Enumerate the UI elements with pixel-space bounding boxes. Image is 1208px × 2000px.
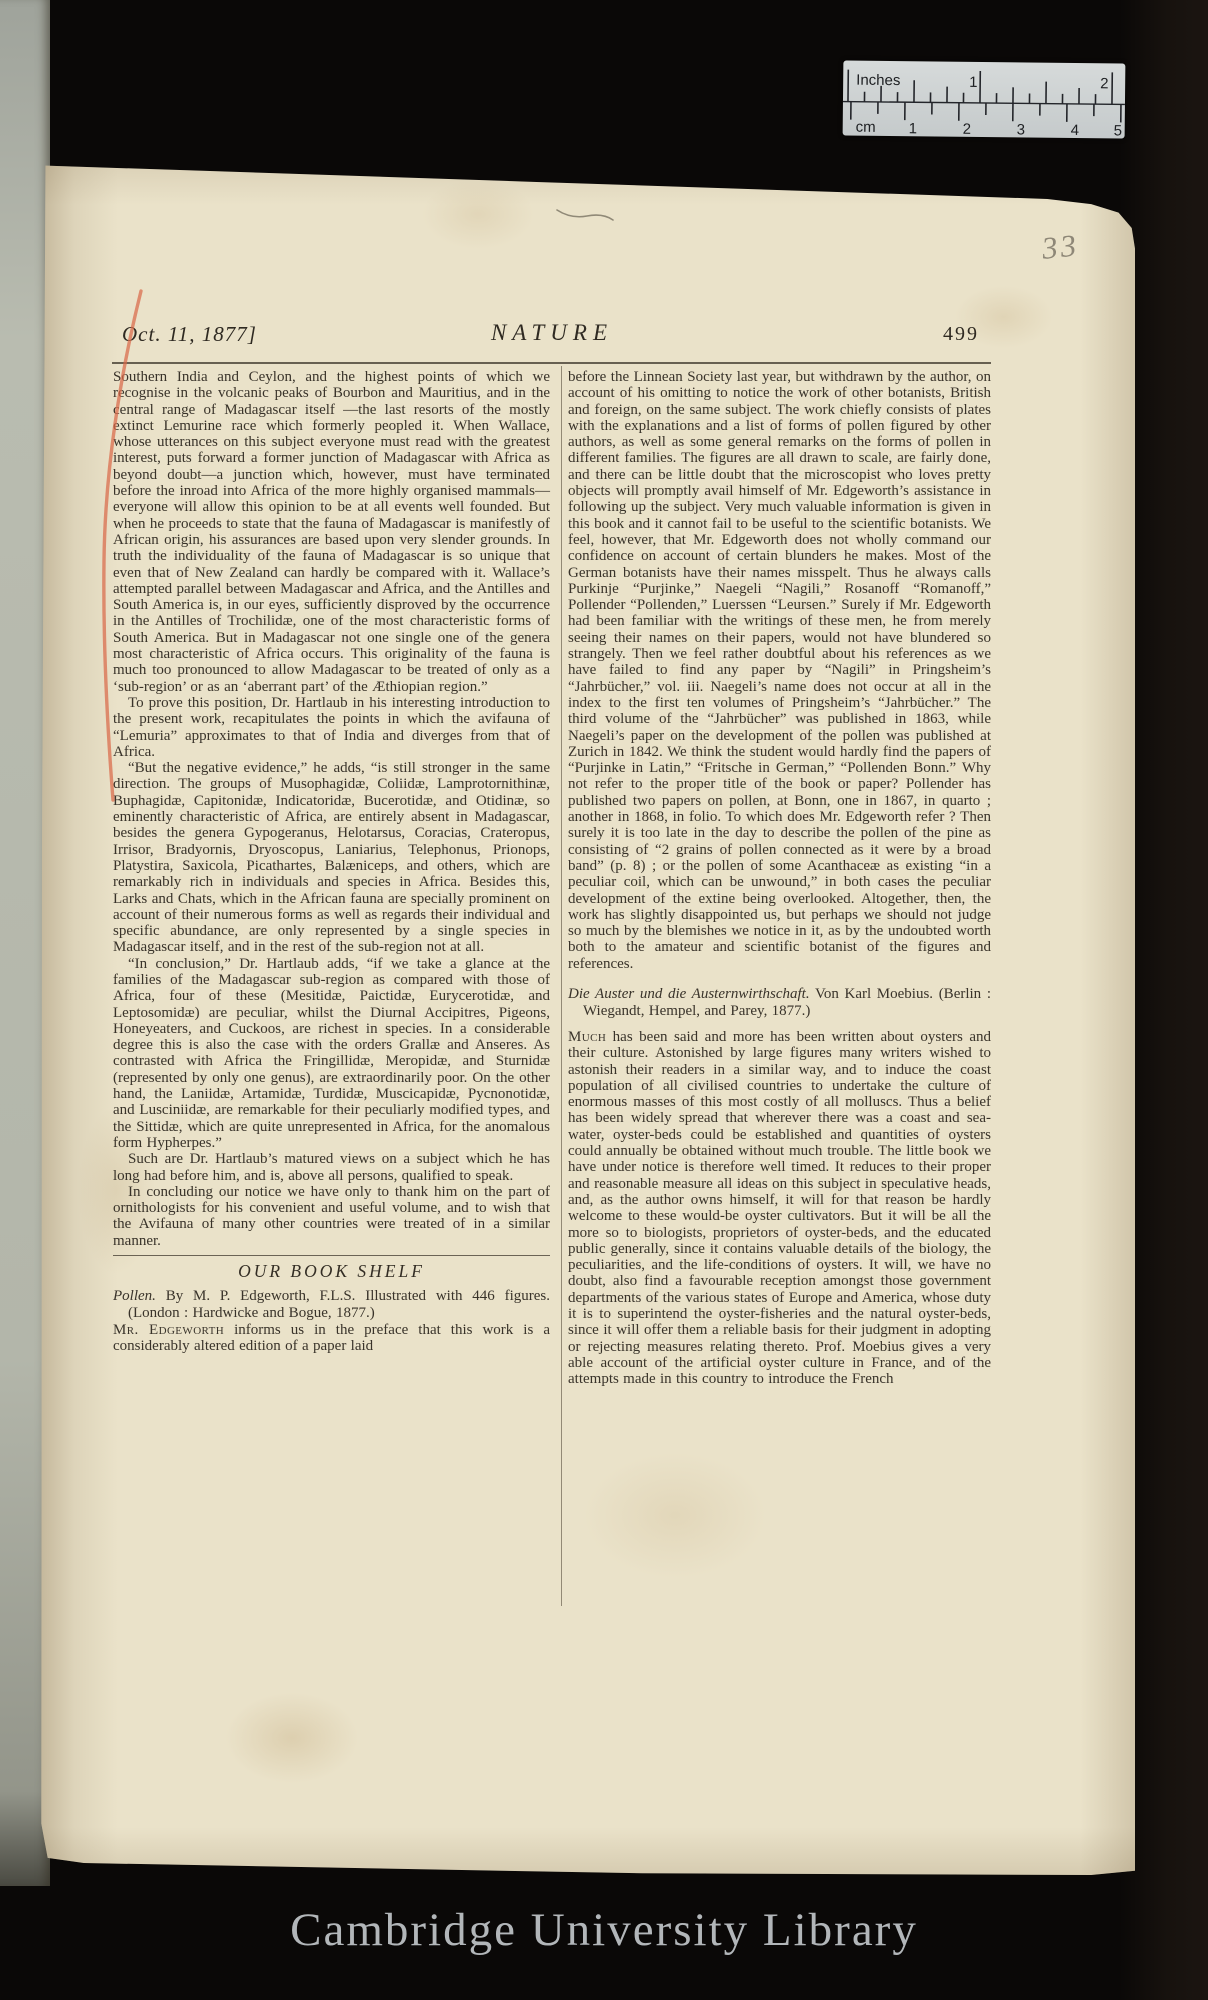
measuring-ruler: Inches 1 2 cm 1 2 3 4 5 — [843, 61, 1126, 139]
article-paragraph: “In conclusion,” Dr. Hartlaub adds, “if … — [113, 956, 550, 1152]
book-details: By M. P. Edgeworth, F.L.S. Illustrated w… — [128, 1288, 550, 1321]
article-paragraph: “But the negative evidence,” he adds, “i… — [113, 760, 550, 956]
review-paragraph: before the Linnean Society last year, bu… — [568, 369, 991, 972]
ruler-inch-number-1: 1 — [969, 74, 978, 91]
article-paragraph: Such are Dr. Hartlaub’s matured views on… — [113, 1151, 550, 1184]
ruler-cm-number-5: 5 — [1114, 122, 1123, 138]
book-title: Pollen. — [113, 1288, 156, 1304]
ruler-cm-number-1: 1 — [909, 120, 918, 137]
review-paragraph: Mr. Edgeworth informs us in the preface … — [113, 1322, 550, 1355]
article-paragraph: To prove this position, Dr. Hartlaub in … — [113, 695, 550, 760]
ink-scribble-mark — [557, 210, 613, 220]
journal-title: NATURE — [113, 320, 991, 346]
book-reference: Pollen. By M. P. Edgeworth, F.L.S. Illus… — [113, 1288, 550, 1322]
article-paragraph: In concluding our notice we have only to… — [113, 1184, 550, 1249]
ruler-cm-label: cm — [856, 119, 876, 136]
section-rule — [113, 1255, 550, 1256]
left-column: Southern India and Ceylon, and the highe… — [113, 369, 550, 1355]
right-column: before the Linnean Society last year, bu… — [568, 369, 991, 1388]
ruler-graphic: Inches 1 2 cm 1 2 3 4 5 — [843, 61, 1126, 139]
review-paragraph: Much has been said and more has been wri… — [568, 1029, 991, 1388]
book-reference: Die Auster und die Austernwirthschaft. V… — [568, 986, 991, 1020]
ruler-cm-ticks — [851, 102, 1121, 123]
ruler-inch-number-2: 2 — [1100, 75, 1109, 92]
journal-page-scan: 33 Oct. 11, 1877] NATURE 499 Southern In… — [40, 163, 1135, 1875]
scan-backdrop: { "palette": { "paper": "#eae2c9", "ink"… — [0, 0, 1208, 2000]
column-divider-rule — [561, 366, 562, 1606]
book-shelf-heading: OUR BOOK SHELF — [113, 1261, 550, 1282]
review-lead: Mr. Edgeworth — [113, 1322, 224, 1338]
handwritten-folio-number: 33 — [1040, 227, 1081, 267]
ruler-cm-number-2: 2 — [963, 121, 972, 138]
ruler-cm-number-4: 4 — [1071, 122, 1080, 139]
ruler-cm-number-3: 3 — [1017, 121, 1026, 138]
library-watermark: Cambridge University Library — [0, 1903, 1208, 1957]
article-paragraph: Southern India and Ceylon, and the highe… — [113, 369, 550, 695]
review-text: has been said and more has been written … — [568, 1029, 991, 1387]
book-title: Die Auster und die Austernwirthschaft. — [568, 986, 810, 1002]
review-lead: Much — [568, 1029, 606, 1045]
header-rule — [112, 362, 991, 364]
ruler-inches-label: Inches — [856, 72, 900, 89]
page-number: 499 — [943, 323, 979, 346]
ruler-mid-line — [843, 102, 1125, 105]
